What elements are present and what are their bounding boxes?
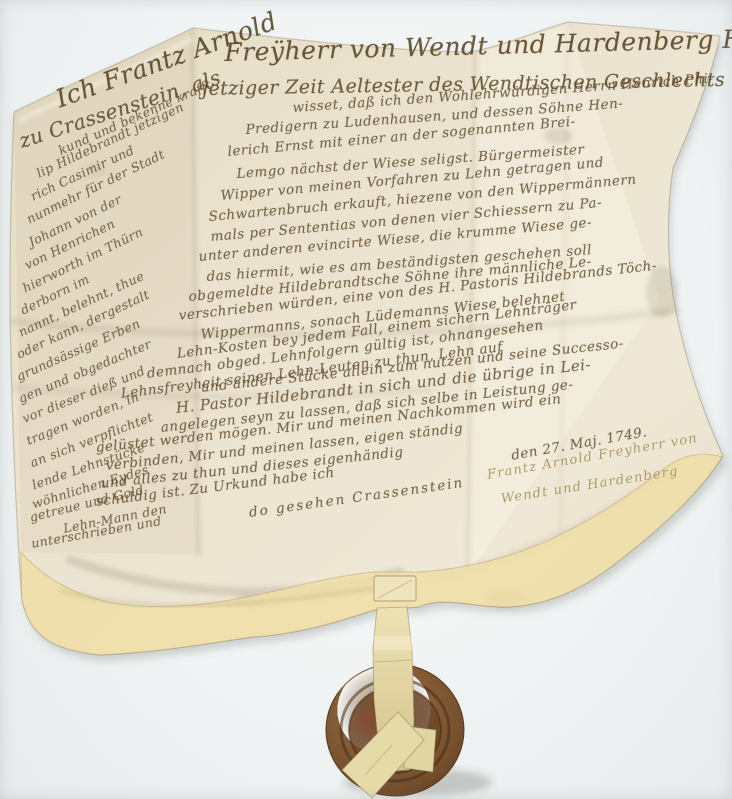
photo-of-parchment-charter: Ich Frantz Arnold Freÿherr von Wendt und… xyxy=(0,0,732,799)
heading-line: Freÿherr von Wendt und Hardenberg Herr xyxy=(224,23,732,67)
handwriting-layer: Ich Frantz Arnold Freÿherr von Wendt und… xyxy=(0,0,732,799)
